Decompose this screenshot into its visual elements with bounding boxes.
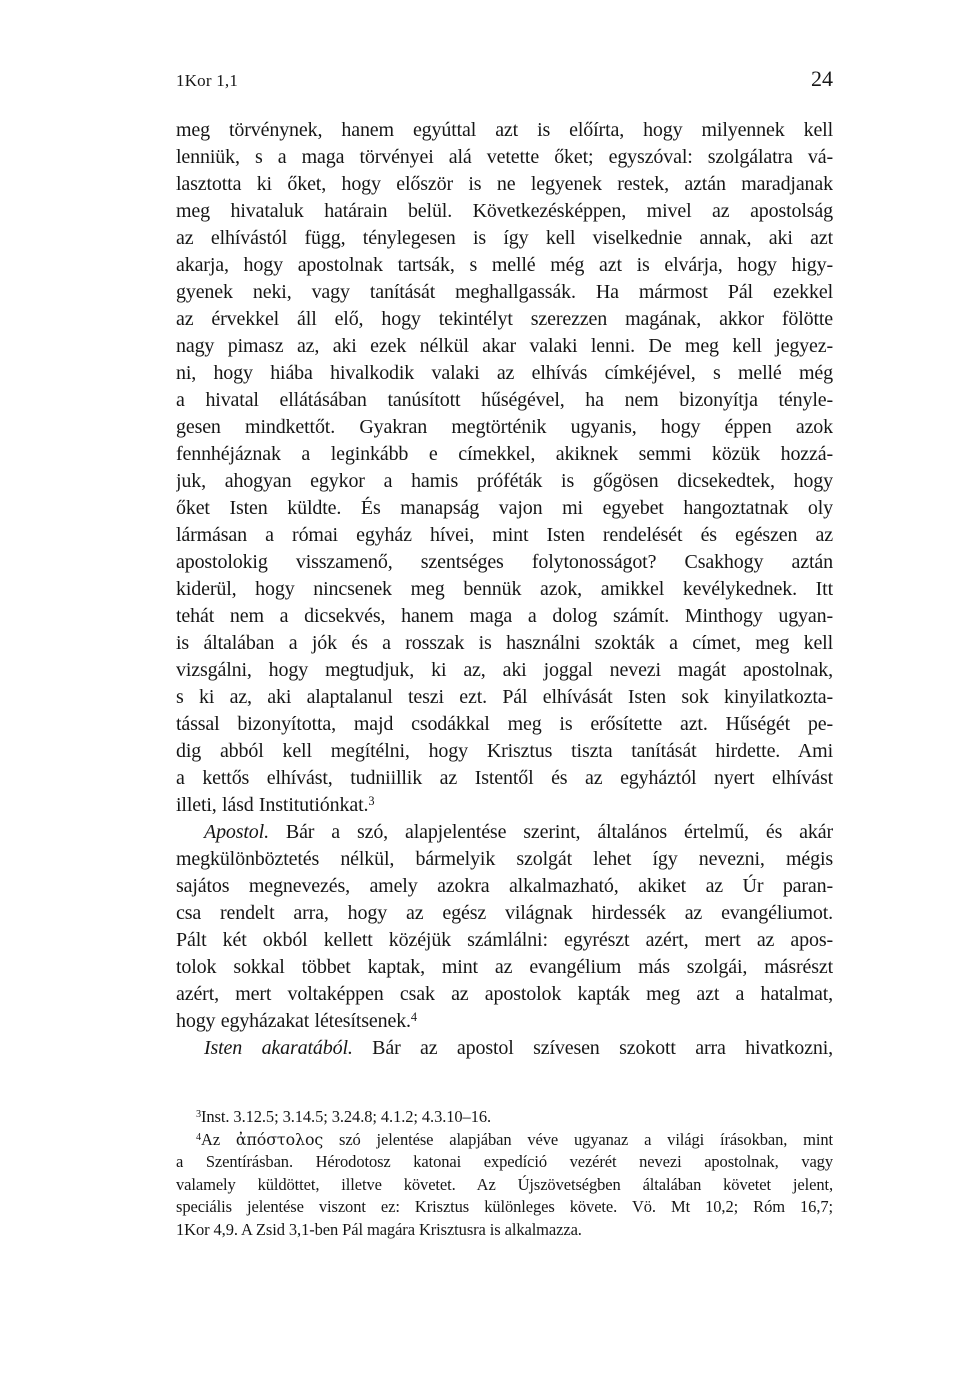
body-line: lenniük, s a maga törvényei alá vetette …	[176, 144, 833, 171]
body-line: s ki az, aki alaptalanul teszi ezt. Pál …	[176, 684, 833, 711]
body-line: gyenek neki, vagy tanítását meghallgassá…	[176, 279, 833, 306]
text-segment: az elhívástól függ, ténylegesen is így k…	[176, 227, 833, 249]
text-segment: meg törvénynek, hanem egyúttal azt is el…	[176, 119, 833, 141]
text-segment: kiderül, hogy nincsenek meg bennük azok,…	[176, 578, 833, 600]
text-segment: apostolokig visszamenő, szentséges folyt…	[176, 551, 833, 573]
body-line: nagy pimasz az, aki ezek nélkül akar val…	[176, 333, 833, 360]
body-line: ni, hogy hiába hivalkodik valaki az elhí…	[176, 360, 833, 387]
running-header: 1Kor 1,1 24	[176, 66, 833, 92]
body-line: sajátos megnevezés, amely azokra alkalma…	[176, 873, 833, 900]
body-line: tehát nem a dicsekvés, hanem maga a dolo…	[176, 603, 833, 630]
footnote-reference-superscript: 3	[368, 794, 374, 808]
text-segment: lármásan a római egyház hívei, mint Iste…	[176, 524, 833, 546]
body-line: kiderül, hogy nincsenek meg bennük azok,…	[176, 576, 833, 603]
body-line: az elhívástól függ, ténylegesen is így k…	[176, 225, 833, 252]
text-segment: a hivatal ellátásában tanúsított hűségév…	[176, 389, 833, 411]
body-line: csa rendelt arra, hogy az egész világnak…	[176, 900, 833, 927]
text-segment: juk, ahogyan egykor a hamis próféták is …	[176, 470, 833, 492]
body-line: meg törvénynek, hanem egyúttal azt is el…	[176, 117, 833, 144]
body-line: Pált két okból kellett közéjük számlálni…	[176, 927, 833, 954]
text-segment: hogy egyházakat létesítsenek.	[176, 1010, 411, 1032]
text-segment: akarja, hogy apostolnak tartsák, s mellé…	[176, 254, 833, 276]
text-segment: őket Isten küldte. És manapság vajon mi …	[176, 497, 833, 519]
text-segment: speciális jelentése viszont ez: Krisztus…	[176, 1197, 833, 1216]
text-segment: Pált két okból kellett közéjük számlálni…	[176, 929, 833, 951]
text-segment: is általában a jók és a rosszak is haszn…	[176, 632, 833, 654]
body-line: Isten akaratából. Bár az apostol szívese…	[176, 1035, 833, 1062]
text-segment: az érvekkel áll elő, hogy tekintélyt sze…	[176, 308, 833, 330]
text-segment: Az	[201, 1130, 236, 1149]
body-line: az érvekkel áll elő, hogy tekintélyt sze…	[176, 306, 833, 333]
text-segment: vizsgálni, hogy megtudjuk, ki az, aki jo…	[176, 659, 833, 681]
text-segment: tehát nem a dicsekvés, hanem maga a dolo…	[176, 605, 833, 627]
text-segment: fennhéjáznak a leginkább e címekkel, aki…	[176, 443, 833, 465]
footnote-reference-superscript: 3	[196, 1109, 201, 1120]
body-line: a kettős elhívást, tudniillik az Istentő…	[176, 765, 833, 792]
body-line: lasztotta ki őket, hogy először is ne le…	[176, 171, 833, 198]
body-line: azért, mert voltaképpen csak az apostolo…	[176, 981, 833, 1008]
text-segment: dig abból kell megítélni, hogy Krisztus …	[176, 740, 833, 762]
body-line: juk, ahogyan egykor a hamis próféták is …	[176, 468, 833, 495]
text-segment: gesen mindkettőt. Gyakran megtörténik ug…	[176, 416, 833, 438]
footnote-line: valamely küldöttet, illetve követet. Az …	[176, 1174, 833, 1197]
text-segment: sajátos megnevezés, amely azokra alkalma…	[176, 875, 833, 897]
text-segment: s ki az, aki alaptalanul teszi ezt. Pál …	[176, 686, 833, 708]
book-page: 1Kor 1,1 24 meg törvénynek, hanem egyútt…	[0, 0, 974, 1388]
body-line: apostolokig visszamenő, szentséges folyt…	[176, 549, 833, 576]
text-segment: lasztotta ki őket, hogy először is ne le…	[176, 173, 833, 195]
body-text: meg törvénynek, hanem egyúttal azt is el…	[176, 117, 833, 1062]
italic-lead-word: Apostol.	[204, 821, 269, 843]
body-line: illeti, lásd Institutiónkat.3	[176, 792, 833, 819]
text-segment: Bár a szó, alapjelentése szerint, általá…	[269, 821, 833, 843]
footnote-reference-superscript: 4	[196, 1132, 201, 1143]
footnote-line: 3Inst. 3.12.5; 3.14.5; 3.24.8; 4.1.2; 4.…	[176, 1106, 833, 1129]
body-line: tolok sokkal többet kaptak, mint az evan…	[176, 954, 833, 981]
text-segment: lenniük, s a maga törvényei alá vetette …	[176, 146, 833, 168]
text-segment: illeti, lásd Institutiónkat.	[176, 794, 368, 816]
body-line: dig abból kell megítélni, hogy Krisztus …	[176, 738, 833, 765]
footnote-reference-superscript: 4	[411, 1010, 417, 1024]
body-line: meg hivataluk határain belül. Következés…	[176, 198, 833, 225]
text-segment: tással bizonyította, majd csodákkal meg …	[176, 713, 833, 735]
body-line: lármásan a római egyház hívei, mint Iste…	[176, 522, 833, 549]
text-segment: csa rendelt arra, hogy az egész világnak…	[176, 902, 833, 924]
body-line: is általában a jók és a rosszak is haszn…	[176, 630, 833, 657]
body-line: fennhéjáznak a leginkább e címekkel, aki…	[176, 441, 833, 468]
text-segment: a Szentírásban. Hérodotosz katonai exped…	[176, 1152, 833, 1171]
page-number: 24	[811, 66, 833, 92]
body-line: akarja, hogy apostolnak tartsák, s mellé…	[176, 252, 833, 279]
text-segment: meg hivataluk határain belül. Következés…	[176, 200, 833, 222]
text-segment: megkülönböztetés nélkül, bármelyik szolg…	[176, 848, 833, 870]
body-line: megkülönböztetés nélkül, bármelyik szolg…	[176, 846, 833, 873]
text-segment: tolok sokkal többet kaptak, mint az evan…	[176, 956, 833, 978]
italic-lead-word: Isten akaratából.	[204, 1037, 353, 1059]
body-line: a hivatal ellátásában tanúsított hűségév…	[176, 387, 833, 414]
header-section-ref: 1Kor 1,1	[176, 71, 238, 91]
text-segment: Inst. 3.12.5; 3.14.5; 3.24.8; 4.1.2; 4.3…	[201, 1107, 491, 1126]
body-line: őket Isten küldte. És manapság vajon mi …	[176, 495, 833, 522]
text-segment: azért, mert voltaképpen csak az apostolo…	[176, 983, 833, 1005]
text-segment: a kettős elhívást, tudniillik az Istentő…	[176, 767, 833, 789]
greek-term: ἀπόστολος	[236, 1130, 323, 1149]
body-line: tással bizonyította, majd csodákkal meg …	[176, 711, 833, 738]
body-line: Apostol. Bár a szó, alapjelentése szerin…	[176, 819, 833, 846]
footnote-line: speciális jelentése viszont ez: Krisztus…	[176, 1196, 833, 1219]
body-line: hogy egyházakat létesítsenek.4	[176, 1008, 833, 1035]
footnote-line: a Szentírásban. Hérodotosz katonai exped…	[176, 1151, 833, 1174]
text-segment: szó jelentése alapjában véve ugyanaz a v…	[323, 1130, 833, 1149]
text-segment: gyenek neki, vagy tanítását meghallgassá…	[176, 281, 833, 303]
text-segment: valamely küldöttet, illetve követet. Az …	[176, 1175, 833, 1194]
text-segment: 1Kor 4,9. A Zsid 3,1-ben Pál magára Kris…	[176, 1220, 582, 1239]
text-segment: nagy pimasz az, aki ezek nélkül akar val…	[176, 335, 833, 357]
body-line: gesen mindkettőt. Gyakran megtörténik ug…	[176, 414, 833, 441]
footnote-line: 4Az ἀπόστολος szó jelentése alapjában vé…	[176, 1129, 833, 1152]
text-segment: ni, hogy hiába hivalkodik valaki az elhí…	[176, 362, 833, 384]
footnotes-block: 3Inst. 3.12.5; 3.14.5; 3.24.8; 4.1.2; 4.…	[176, 1106, 833, 1241]
footnote-line: 1Kor 4,9. A Zsid 3,1-ben Pál magára Kris…	[176, 1219, 833, 1242]
text-segment: Bár az apostol szívesen szokott arra hiv…	[353, 1037, 833, 1059]
body-line: vizsgálni, hogy megtudjuk, ki az, aki jo…	[176, 657, 833, 684]
